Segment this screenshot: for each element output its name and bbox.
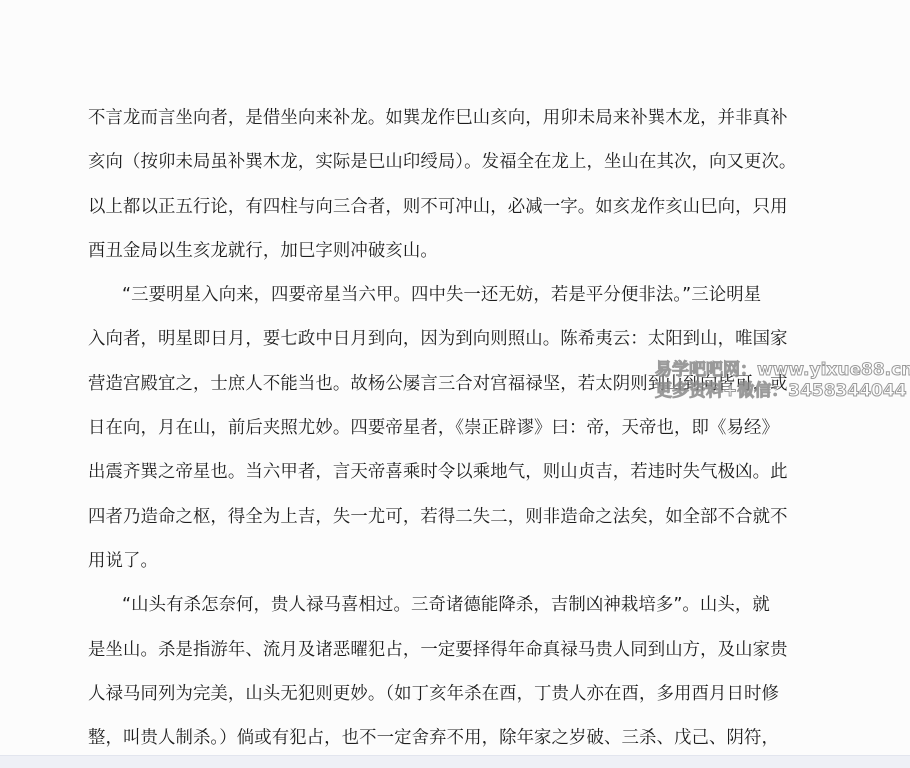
- text-line: 亥向（按卯未局虽补巽木龙，实际是巳山印绶局）。发福全在龙上，坐山在其次，向又更次…: [88, 140, 810, 184]
- text-line: 不言龙而言坐向者，是借坐向来补龙。如巽龙作巳山亥向，用卯未局来补巽木龙，并非真补: [88, 96, 810, 140]
- paragraph-start-line: “山头有杀怎奈何，贵人禄马喜相过。三奇诸德能降杀，吉制凶神栽培多”。山头，就: [88, 583, 810, 627]
- text-line: 整，叫贵人制杀。）倘或有犯占，也不一定舍弃不用，除年家之岁破、三杀、戊己、阴符，: [88, 716, 810, 760]
- text-line: 四者乃造命之枢，得全为上吉，失一尤可，若得二失二，则非造命之法矣，如全部不合就不: [88, 495, 810, 539]
- text-line: 营造宫殿宜之，士庶人不能当也。故杨公屡言三合对宫福禄坚，若太阴则到山到向皆可，或: [88, 362, 810, 406]
- text-line: 是坐山。杀是指游年、流月及诸恶曜犯占，一定要择得年命真禄马贵人同到山方，及山家贵: [88, 628, 810, 672]
- text-line: 以上都以正五行论，有四柱与向三合者，则不可冲山，必减一字。如亥龙作亥山巳向，只用: [88, 185, 810, 229]
- document-body: 不言龙而言坐向者，是借坐向来补龙。如巽龙作巳山亥向，用卯未局来补巽木龙，并非真补…: [88, 96, 810, 760]
- text-line: 用说了。: [88, 539, 810, 583]
- bottom-bar: [0, 755, 910, 768]
- text-line: 酉丑金局以生亥龙就行，加巳字则冲破亥山。: [88, 229, 810, 273]
- paragraph-start-line: “三要明星入向来，四要帝星当六甲。四中失一还无妨，若是平分便非法。”三论明星: [88, 273, 810, 317]
- text-line: 人禄马同列为完美，山头无犯则更妙。（如丁亥年杀在酉，丁贵人亦在酉，多用酉月日时修: [88, 672, 810, 716]
- text-line: 日在向，月在山，前后夹照尤妙。四要帝星者，《崇正辟谬》曰：帝，天帝也，即《易经》: [88, 406, 810, 450]
- text-line: 出震齐巽之帝星也。当六甲者，言天帝喜乘时令以乘地气，则山贞吉，若违时失气极凶。此: [88, 450, 810, 494]
- document-page: 不言龙而言坐向者，是借坐向来补龙。如巽龙作巳山亥向，用卯未局来补巽木龙，并非真补…: [0, 0, 910, 755]
- text-line: 入向者，明星即日月，要七政中日月到向，因为到向则照山。陈希夷云：太阳到山，唯国家: [88, 317, 810, 361]
